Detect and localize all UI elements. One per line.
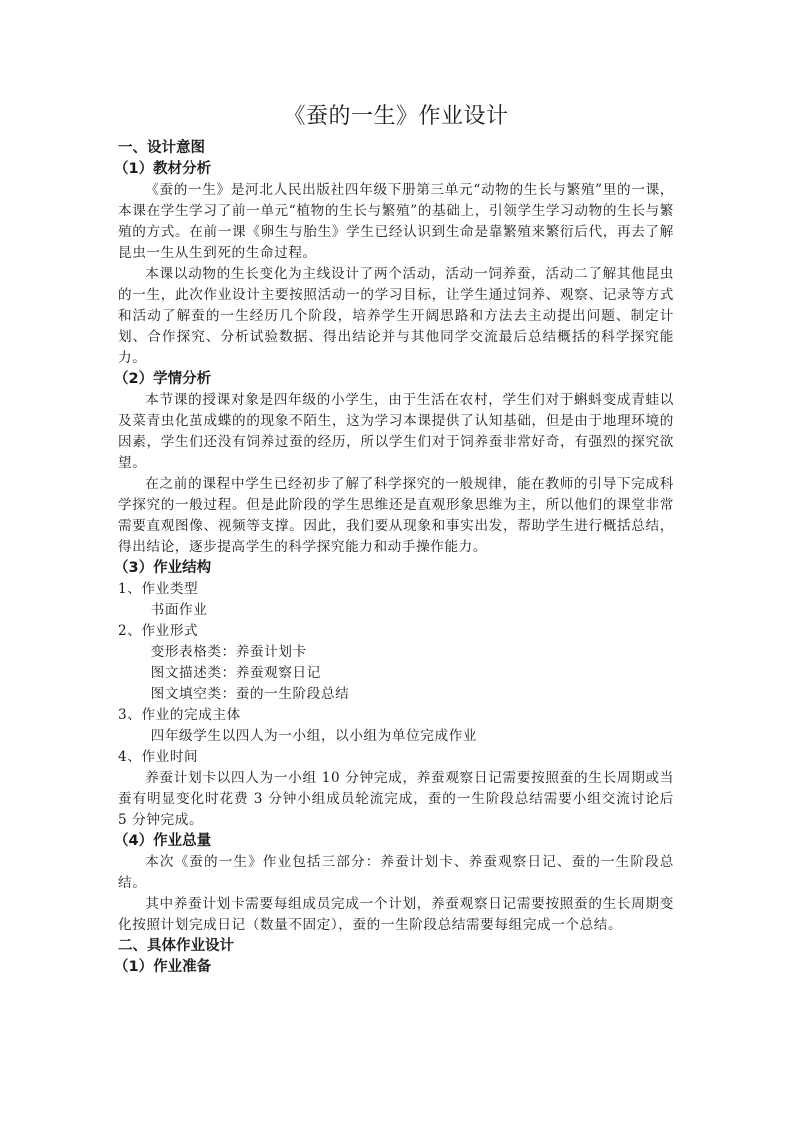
list-subitem: 图文填空类：蚕的一生阶段总结 [118,684,674,705]
paragraph: 其中养蚕计划卡需要每组成员完成一个计划，养蚕观察日记需要按照蚕的生长周期变化按照… [118,894,674,936]
list-item-label: 4、作业时间 [118,747,674,768]
paragraph: 在之前的课程中学生已经初步了解了科学探究的一般规律，能在教师的引导下完成科学探究… [118,474,674,558]
subheading-textbook-analysis: （1）教材分析 [114,159,674,180]
paragraph: 《蚕的一生》是河北人民出版社四年级下册第三单元“动物的生长与繁殖”里的一课，本课… [118,180,674,264]
paragraph: 养蚕计划卡以四人为一小组 10 分钟完成，养蚕观察日记需要按照蚕的生长周期或当蚕… [118,768,674,831]
subheading-homework-total: （4）作业总量 [114,831,674,852]
document-title: 《蚕的一生》作业设计 [118,100,674,134]
paragraph: 本节课的授课对象是四年级的小学生，由于生活在农村，学生们对于蝌蚪变成青蛙以及菜青… [118,390,674,474]
list-subitem: 书面作业 [118,600,674,621]
subheading-homework-preparation: （1）作业准备 [114,957,674,978]
subheading-student-analysis: （2）学情分析 [114,369,674,390]
document-page: 《蚕的一生》作业设计 一、设计意图 （1）教材分析 《蚕的一生》是河北人民出版社… [118,100,674,978]
list-subitem: 四年级学生以四人为一小组，以小组为单位完成作业 [118,726,674,747]
list-subitem: 图文描述类：养蚕观察日记 [118,663,674,684]
paragraph: 本课以动物的生长变化为主线设计了两个活动，活动一饲养蚕，活动二了解其他昆虫的一生… [118,264,674,369]
section-heading-specific-design: 二、具体作业设计 [118,936,674,957]
list-item-label: 3、作业的完成主体 [118,705,674,726]
subheading-homework-structure: （3）作业结构 [114,558,674,579]
list-item-label: 1、作业类型 [118,579,674,600]
list-subitem: 变形表格类：养蚕计划卡 [118,642,674,663]
paragraph: 本次《蚕的一生》作业包括三部分：养蚕计划卡、养蚕观察日记、蚕的一生阶段总结。 [118,852,674,894]
section-heading-design-intent: 一、设计意图 [118,138,674,159]
list-item-label: 2、作业形式 [118,621,674,642]
